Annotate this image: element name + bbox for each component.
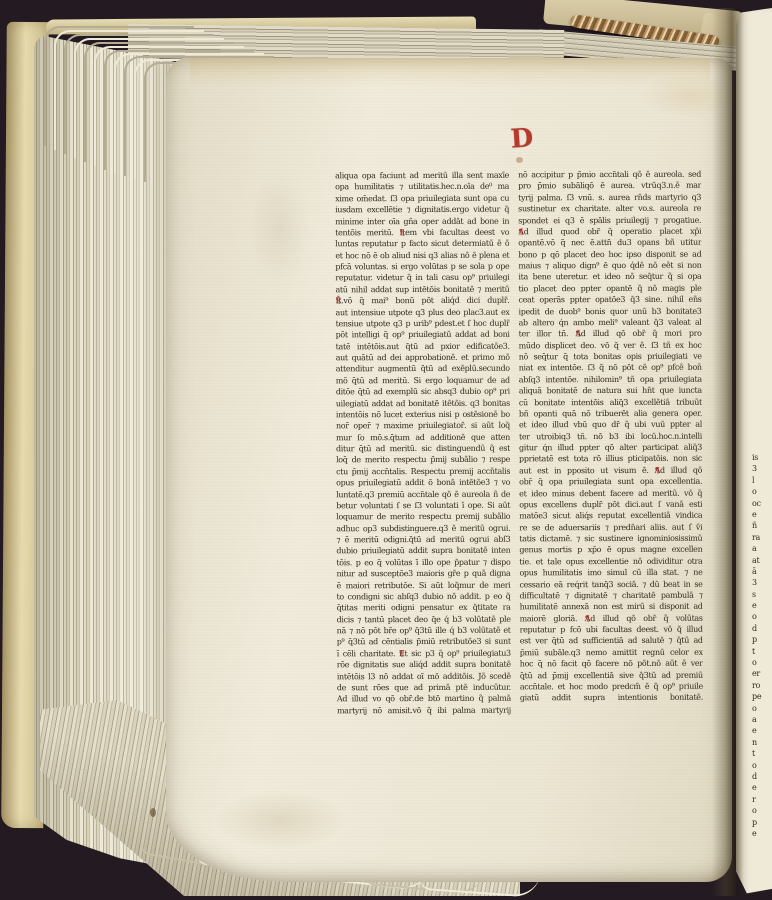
paper-stain [150,808,156,817]
text-line: uilegiatū addat ad bonitatē itētōis. q3 … [336,397,510,409]
text-line: intētōis l3 nō addat oī mō additōis. Jō … [337,670,511,682]
text-line: genus mortis p xp̄o ē opus magne excelle… [519,544,702,556]
text-line: accn̄tale. et hoc modo predcm̄ ē q̃ op⁹ … [520,681,703,693]
text-line: reputatur p fcō ubi facultas deest. vō q… [520,624,703,636]
text-line: tensiue utpote q3 p urib⁹ pdest.et ſ hoc… [336,318,510,330]
text-line: opus excellens duplr̄ pōt dici.aut ſ van… [519,499,702,511]
text-line: ab altero q́n ambo meli⁹ valeant q̄3 val… [519,317,702,329]
text-line: ¶Ad illud quod obr̄ q̃ operatio placet x… [518,226,701,238]
text-line: opa humilitatis ⁊ utilitatis.hec.n.oīa d… [335,181,509,193]
text-line: cessario eā req́rit tanq̄3 sociā. ⁊ dū b… [519,578,702,590]
text-line: et ideo minus debent facere ad meritū. v… [519,487,702,499]
text-line: et ideo illud vbū quo dr̄ q̃ ubi vuū ppt… [519,419,702,431]
text-line: tatis dictamē. ⁊ sic sustinere ignominio… [519,533,702,545]
text-line: luntas reputatur p facto sicut determiat… [335,238,509,250]
text-line: ē maiori retributōe. Si aūt loq̄mur de m… [336,579,510,591]
text-line: ita bene uteretur. et ideo nō seq̄tur q̃… [518,271,701,283]
text-fragment: e [752,782,770,793]
text-line: opus humilitatis imo simul cū illa stat.… [519,567,702,579]
paper-stain [516,157,523,163]
text-line: attenditur augmentū q̄tū ad exēplū.secun… [336,363,510,375]
text-line: reputatur. videtur q̃ in tali casu op⁹ p… [335,272,509,284]
text-fragment: o [752,703,770,714]
text-fragment: pe [752,691,770,702]
paper-stain [190,58,710,88]
photo-backdrop: D aliqua opa faciunt ad meritū illa sent… [0,0,772,900]
text-line: ipedit de duob⁹ bonis quor unū b3 bonita… [519,305,702,317]
text-fragment: n [752,737,770,748]
paper-stain [250,170,310,290]
text-line: est ver q̄tū ad sufficientiā ad salutē ⁊… [520,635,703,647]
text-line: betur voluntati ſ se ſ3 voluntati ī ope.… [336,500,510,512]
text-line: pfcā voluntas. si ergo volūtas p se sola… [335,261,509,273]
text-fragment: l [752,475,770,486]
text-fragment: d [752,771,770,782]
text-line: dicis ⁊ tantū placet deo q̄e q́ b3 volūt… [337,613,511,625]
text-line: adhuc op3 subdistinguere.q3 ē meritū ogr… [336,522,510,534]
text-line: mur ſo mō.s.q̄tum ad additionē que atten [336,431,510,443]
text-line: ditur q̄tū ad meritū. sic distinguendū q… [336,443,510,455]
text-fragment: at [752,555,770,566]
text-fragment: e [752,725,770,736]
text-fragment: is [752,452,770,463]
text-line: ter utroibiq3 tñ. nō b3 ibi locū.hoc.n.i… [519,430,702,442]
text-fragment: r [752,794,770,805]
text-line: loq̄ de merito respectu p̄mij subālio ⁊ … [336,454,510,466]
text-line: intentōis nō lucet exterius nisi p ostēs… [336,409,510,421]
text-line: pōt intelligi q̃ op⁹ priuilegiatū addat … [336,329,510,341]
text-line: maiorē gloriā. ¶Ad illud qō obr̄ q̃ volū… [520,612,703,624]
text-line: bñ opanti quā nō tribuerēt alia genera o… [519,408,702,420]
text-fragment: e [752,600,770,611]
text-fragment: a [752,714,770,725]
text-fragment: d [752,623,770,634]
text-fragment: ro [752,680,770,691]
text-line: pro p̄mio subāliqō ē aurea. vtrūq3.n.ē m… [518,180,701,192]
text-line: re se de aduersariis ⁊ predn̄ari aliis. … [519,521,702,533]
text-line: humilitatē annexā non est mirū si dispon… [520,601,703,613]
text-line: nā ⁊ nō pōt br̄e op⁹ q̄3tū ille q́ b3 vo… [337,625,511,637]
text-line: bono p qō placet deo hoc ipso disponit s… [518,248,701,260]
text-line: aliquā bonitatē de natura sui hn̄t que i… [519,385,702,397]
text-column-left: aliqua opa faciunt ad meritū illa sent m… [335,170,511,719]
text-line: mō q̄tū ad meritū. Si ergo loquamur de a… [336,374,510,386]
text-fragment: ñ [752,520,770,531]
text-line: tatē intētōis.aut q̄tū ad pxior edificat… [336,340,510,352]
text-line: tie. et tale opus excellentie nō odividi… [519,555,702,567]
text-column-right: nō accipitur p p̄mio accn̄tali qō ē aure… [518,169,703,720]
text-fragment: ra [752,532,770,543]
text-fragment: s [752,589,770,600]
text-fragment: t [752,646,770,657]
text-line: de sunt rōes que ad primā ptē inducūtur. [337,682,511,694]
text-line: abſq3 intentōe. nihilomin⁹ tñ opa priuil… [519,373,702,385]
text-fragment: p [752,634,770,645]
text-line: spondet ei q3 ē spālis priuilegij ⁊ prog… [518,214,701,226]
text-line: ctu p̄mij accn̄talis. Respectu premij ac… [336,465,510,477]
text-line: to condigni sic abſq3 dubio nō addit. p … [337,591,511,603]
text-line: dubio priuilegiatū addit supra bonitatē … [336,545,510,557]
text-line: tyrij palma. ſ3 vnū. s. aurea rn̄ds mart… [518,191,701,203]
text-line: aliqua opa faciunt ad meritū illa sent m… [335,170,509,182]
text-line: opus priuilegiatū addit ō bonā intētōe3 … [336,477,510,489]
text-fragment: 3 [752,463,770,474]
text-line: ceat operās ppter opatōe3 q̄3 sine. nihi… [518,294,701,306]
gutter-shadow [712,8,744,896]
text-line: q̄tū ad p̄mij excellentiā sive q̄3tū ad … [520,669,703,681]
text-line: cū bonitate intentōis aliq̄3 excellētiā … [519,396,702,408]
text-line: matōe3 sicut aliq́s reputat excellentiā … [519,510,702,522]
text-fragment: e [752,828,770,839]
text-fragment: o [752,657,770,668]
text-line: luntatē.q3 premiū accn̄tale qō ē aureola… [336,488,510,500]
facing-page-text-fragments: is3looceñraaatā3seodptoerropeoaentoderop… [752,452,770,852]
text-line: ditōe q̄tū ad exemplū sic absq3 dubio op… [336,386,510,398]
text-line: ī cēli charitate. ¶Et sic p3 q̃ op⁹ priu… [337,647,511,659]
text-line: ⁊ ē meritū odigni.q̄tū ad meritū ogrui a… [336,534,510,546]
text-line: et hoc nō ē ob aliud nisi q3 alias nō ē … [335,249,509,261]
text-fragment: o [752,805,770,816]
text-line: nō seq̄tur q̃ tota bonitas opis priuileg… [519,351,702,363]
text-line: minime inter oīa gña oper addāt ad bone … [335,215,509,227]
text-line: maius ⁊ aliquo dign⁹ ē quo q́dē nō eēt s… [518,260,701,272]
text-line: tio placet deo ppter opantē q̃ nō magis … [518,282,701,294]
rubric-initial-d: D [504,122,540,158]
text-line: obr̄ q̃ opa priuilegiata sunt opa excell… [519,476,702,488]
text-line: ter illor tñ. ¶Ad illud qō obr̄ q̃ mori … [519,328,702,340]
text-fragment: t [752,748,770,759]
text-line: aut est in pposito ut visum ē. ¶Ad illud… [519,464,702,476]
text-line: mūdo displicet deo. vō q̃ ver ē. ſ3 tñ e… [519,339,702,351]
text-line: opantē.vō q̃ nec ē.attn̄ du3 opans bñ ut… [518,237,701,249]
text-line: p̄miū subāle.q3 nemo amittit regnū celor… [520,646,703,658]
text-line: Ad illud vo qō obr̄.de btō martino q̃ pa… [337,693,511,705]
paper-stain [215,790,345,850]
text-line: atū nihil addat sup intētōis bonitatē ⁊ … [335,283,509,295]
text-line: aut intensiue utpote q3 plus deo plac3.a… [336,306,510,318]
text-fragment: ā [752,566,770,577]
text-line: niat ex intentōe. ſ3 q̃ nō pōt cē op⁹ pf… [519,362,702,374]
text-line: martyrij nō amisit.vō q̃ ibi palma marty… [337,704,511,716]
text-fragment: oc [752,498,770,509]
text-line: nō accipitur p p̄mio accn̄tali qō ē aure… [518,169,701,181]
text-line: hoc q̃ nō facit qō facere nō pōt.nō aūt … [520,658,703,670]
text-fragment: er [752,668,770,679]
text-line: rōe dignitatis sue aliq́d addit supra bo… [337,659,511,671]
text-line: p⁹ q̄3tū ad cēntialis p̄miū retributōe3 … [337,636,511,648]
text-fragment: o [752,611,770,622]
text-fragment: a [752,543,770,554]
text-line: tentōis meritū. ¶Item vbi facultas deest… [335,227,509,239]
text-fragment: o [752,486,770,497]
text-line: nitur ad susceptōe3 maioris gr̄e p quā d… [336,568,510,580]
text-line: tōis. p eo q̃ volūtas ī illo ope p̄patur… [336,556,510,568]
text-line: difficultatē ⁊ dignitatē ⁊ charitatē pam… [520,590,703,602]
text-line: pprietatē est tota rō illius pticipatōis… [519,453,702,465]
text-fragment: p [752,817,770,828]
text-line: xime om̄edat. ſ3 opa priuilegiata sunt o… [335,192,509,204]
text-line: ¶R̄.vō q̃ mai⁹ bonū pōt aliq́d dici dupl… [335,295,509,307]
text-fragment: o [752,760,770,771]
text-line: loquamur de merito respectu premij subāl… [336,511,510,523]
text-line: q̄titas meriti odigni pensatur ex q̄tita… [337,602,511,614]
text-line: aut quātū ad dei approbationē. et primo … [336,352,510,364]
text-line: iusdam excellētie ⁊ dignitatis.ergo vide… [335,204,509,216]
text-line: sustinetur ex charitate. alter vo.s. aur… [518,203,701,215]
text-line: giatū addit supra intentionis bonitatē. [520,692,703,704]
text-fragment: e [752,509,770,520]
text-line: nor̄ oper̄ ⁊ maxime priuilegiator̄. si a… [336,420,510,432]
text-fragment: 3 [752,577,770,588]
text-line: gitur q́n illud ppter qō alter participa… [519,442,702,454]
